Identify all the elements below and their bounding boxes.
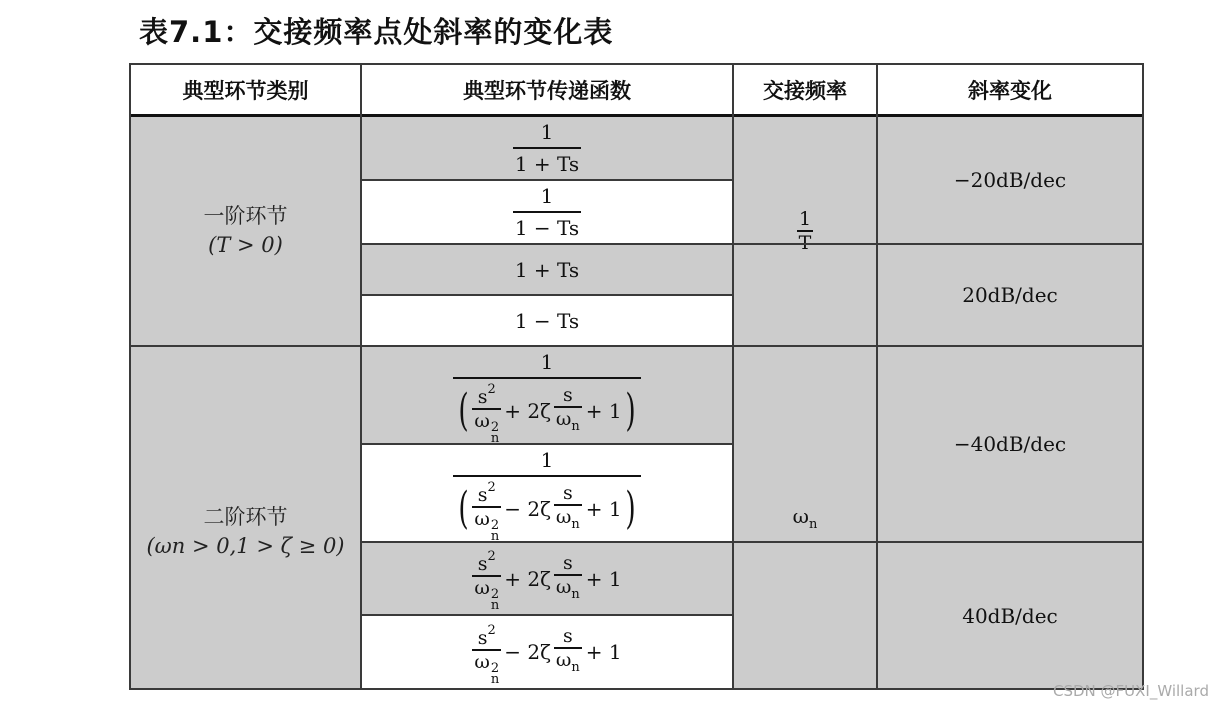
denominator: ( s2 ω2n + 2ζ s ωn + 1 ) [453,379,641,444]
constant-term: + 1 [586,399,622,423]
s2-over-wn2: s2 ω2n [472,620,501,685]
category-label: 二阶环节 [204,503,288,532]
numerator: 1 [539,181,556,211]
numerator: s2 [476,546,498,575]
tf-unstable-first-order-lag: 1 1 − Ts [361,180,733,244]
subscript: n [491,433,499,444]
column-divider [876,63,878,690]
s-over-wn: s ωn [554,482,582,536]
fraction: 1 1 + Ts [513,117,581,179]
right-paren: ) [625,389,635,433]
exponent: 2 [488,549,496,564]
s: s [478,484,488,506]
crossover-frequency-first-order: 1 T [733,115,877,346]
crossover-frequency-second-order: ωn [733,346,877,689]
omega: ω [556,506,572,528]
table-title: 表7.1：交接频率点处斜率的变化表 [139,10,613,51]
category-second-order: 二阶环节 (ωn > 0,1 > ζ ≥ 0) [130,346,361,689]
slope-minus-40: −40dB/dec [877,346,1143,542]
damping-term: + 2ζ [504,399,551,423]
numerator: s [561,482,575,504]
s-over-wn: s ωn [554,552,582,606]
numerator: 1 [797,208,813,230]
left-paren: ( [459,487,469,531]
header-slope-change: 斜率变化 [877,64,1143,115]
denominator: ωn [554,576,582,606]
s2-over-wn2: s2 ω2n [472,477,501,542]
border-top [130,63,1144,65]
row-divider [361,443,733,445]
column-divider [360,63,362,690]
denominator: ω2n [472,410,501,444]
sup-sub: 2n [491,422,499,444]
omega: ω [474,577,490,599]
s: s [478,627,488,649]
denominator: ω2n [472,651,501,685]
row-divider [361,179,733,181]
omega: ω [556,649,572,671]
omega: ω [793,504,809,528]
row-divider [361,294,733,296]
group-divider [130,345,1144,347]
fraction: 1 T [797,208,814,254]
sup-sub: 2n [491,589,499,611]
denominator: ( s2 ω2n − 2ζ s ωn + 1 ) [453,477,641,542]
denominator: ωn [554,506,582,536]
fraction: 1 ( s2 ω2n + 2ζ s ωn + 1 ) [453,347,641,444]
numerator: s [561,384,575,406]
numerator: 1 [539,117,556,147]
border-bottom [130,688,1144,690]
slope-plus-20: 20dB/dec [877,244,1143,346]
fraction: 1 ( s2 ω2n − 2ζ s ωn + 1 ) [453,445,641,542]
denominator: 1 − Ts [513,213,581,243]
subscript: n [571,419,579,434]
numerator: 1 [539,445,556,475]
numerator: s [561,552,575,574]
constant-term: + 1 [586,640,622,664]
numerator: s2 [476,620,498,649]
sup-sub: 2n [491,663,499,685]
s: s [478,386,488,408]
subscript: n [491,531,499,542]
omega: ω [556,576,572,598]
damping-term: + 2ζ [504,567,551,591]
numerator: s [561,625,575,647]
slope-change-table: 典型环节类别 典型环节传递函数 交接频率 斜率变化 一阶环节 (T > 0) 1… [130,64,1143,689]
denominator: 1 + Ts [513,149,581,179]
s-over-wn: s ωn [554,384,582,438]
denominator: ω2n [472,577,501,611]
watermark: CSDN @FUXI_Willard [1053,682,1209,700]
omega: ω [474,410,490,432]
exponent: 2 [488,480,496,495]
header-category: 典型环节类别 [130,64,361,115]
header-crossover-frequency: 交接频率 [733,64,877,115]
s2-over-wn2: s2 ω2n [472,379,501,444]
row-divider [361,541,1143,543]
subscript: n [571,517,579,532]
omega: ω [556,408,572,430]
omega: ω [474,651,490,673]
subscript: n [809,517,817,532]
s-over-wn: s ωn [554,625,582,679]
header-transfer-function: 典型环节传递函数 [361,64,733,115]
subscript: n [491,674,499,685]
sup-sub: 2n [491,520,499,542]
category-first-order: 一阶环节 (T > 0) [130,115,361,346]
tf-second-order-derivative: s2 ω2n + 2ζ s ωn + 1 [361,542,733,615]
denominator: ω2n [472,508,501,542]
right-paren: ) [625,487,635,531]
subscript: n [491,600,499,611]
numerator: s2 [476,379,498,408]
header-divider [130,114,1144,117]
left-paren: ( [459,389,469,433]
border-left [129,63,131,690]
s2-over-wn2: s2 ω2n [472,546,501,611]
category-label: 一阶环节 [204,202,288,231]
exponent: 2 [488,382,496,397]
border-right [1142,63,1144,690]
tf-first-order-lead: 1 + Ts [361,244,733,295]
tf-unstable-second-order-derivative: s2 ω2n − 2ζ s ωn + 1 [361,615,733,689]
omega-n: ωn [793,504,818,532]
category-condition: (T > 0) [208,231,283,260]
category-condition: (ωn > 0,1 > ζ ≥ 0) [146,532,344,561]
omega: ω [474,508,490,530]
slope-minus-20: −20dB/dec [877,115,1143,244]
numerator: 1 [539,347,556,377]
denominator: ωn [554,649,582,679]
damping-term: − 2ζ [504,640,551,664]
tf-unstable-second-order-oscillation: 1 ( s2 ω2n − 2ζ s ωn + 1 ) [361,444,733,542]
numerator: s2 [476,477,498,506]
slope-plus-40: 40dB/dec [877,542,1143,689]
tf-first-order-lag: 1 1 + Ts [361,115,733,180]
subscript: n [571,660,579,675]
s: s [478,553,488,575]
row-divider [361,243,1143,245]
exponent: 2 [488,623,496,638]
tf-second-order-oscillation: 1 ( s2 ω2n + 2ζ s ωn + 1 ) [361,346,733,444]
row-divider [361,614,733,616]
damping-term: − 2ζ [504,497,551,521]
subscript: n [571,587,579,602]
constant-term: + 1 [586,497,622,521]
column-divider [732,63,734,690]
fraction: 1 1 − Ts [513,181,581,243]
constant-term: + 1 [586,567,622,591]
denominator: ωn [554,408,582,438]
tf-unstable-first-order-lead: 1 − Ts [361,295,733,346]
